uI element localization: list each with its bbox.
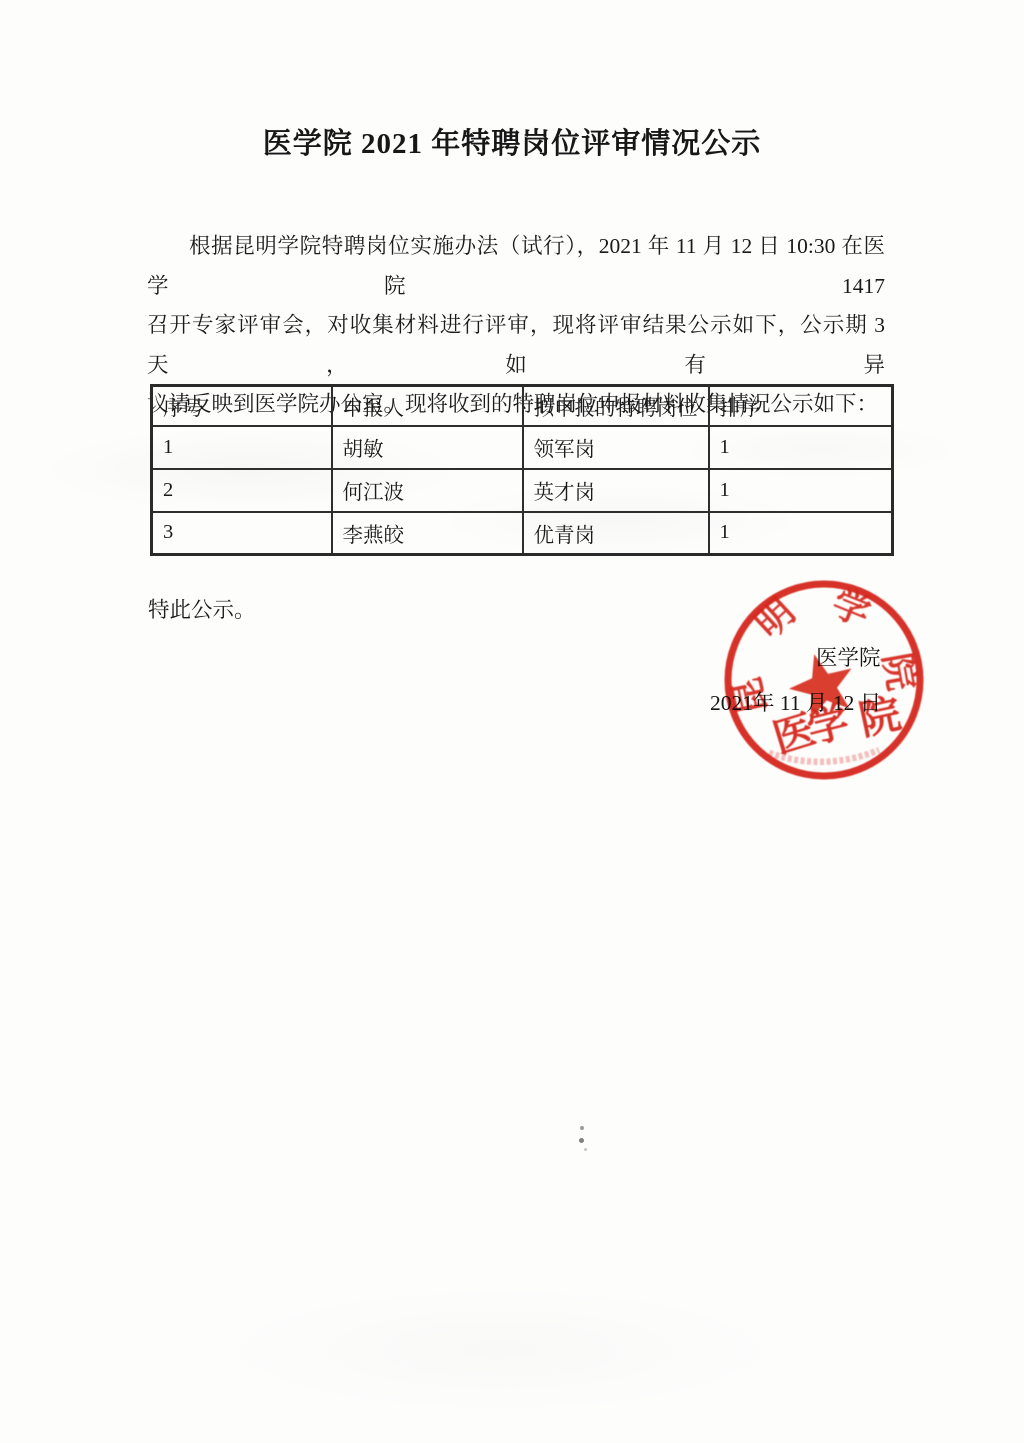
paragraph-line-2: 召开专家评审会，对收集材料进行评审，现将评审结果公示如下，公示期 3 天，如有异 <box>147 306 885 385</box>
table-row: 3 李燕皎 优青岗 1 <box>152 512 893 555</box>
official-seal: 昆 明 学 院 医 学 院 <box>714 570 934 790</box>
cell-position: 优青岗 <box>523 512 709 555</box>
table-header-row: 序号 申报人 拟申报的特聘岗位 排序 <box>152 386 893 426</box>
cell-rank: 1 <box>709 512 893 555</box>
paragraph-line-1: 根据昆明学院特聘岗位实施办法（试行），2021 年 11 月 12 日 10:3… <box>147 227 885 306</box>
table-row: 2 何江波 英才岗 1 <box>152 469 893 512</box>
seal-group: 昆 明 学 院 医 学 院 <box>726 582 922 776</box>
seal-ring-char-yuan: 院 <box>875 650 923 694</box>
closing-statement: 特此公示。 <box>148 593 256 624</box>
header-serial: 序号 <box>152 386 332 426</box>
header-position: 拟申报的特聘岗位 <box>523 386 709 426</box>
cell-serial: 2 <box>152 469 332 512</box>
cell-applicant: 胡敏 <box>332 426 523 469</box>
header-rank: 排序 <box>709 386 893 426</box>
cell-applicant: 李燕皎 <box>332 512 523 555</box>
cell-position: 英才岗 <box>523 469 709 512</box>
seal-ring-char-kun: 昆 <box>726 674 775 719</box>
cell-serial: 1 <box>152 426 332 469</box>
scanned-document-page: 医学院 2021 年特聘岗位评审情况公示 根据昆明学院特聘岗位实施办法（试行），… <box>0 0 1024 1443</box>
scan-speck <box>579 1138 584 1143</box>
seal-center-char-yuan: 院 <box>855 690 905 744</box>
applicants-table: 序号 申报人 拟申报的特聘岗位 排序 1 胡敏 领军岗 1 2 何江波 英才岗 … <box>150 384 894 556</box>
header-applicant: 申报人 <box>332 386 523 426</box>
cell-rank: 1 <box>709 426 893 469</box>
document-title: 医学院 2021 年特聘岗位评审情况公示 <box>0 121 1024 162</box>
seal-ring-char-ming: 明 <box>748 591 803 646</box>
table-row: 1 胡敏 领军岗 1 <box>152 426 893 469</box>
cell-position: 领军岗 <box>523 426 709 469</box>
scan-speck <box>580 1126 584 1130</box>
cell-applicant: 何江波 <box>332 469 523 512</box>
cell-serial: 3 <box>152 512 332 555</box>
scan-speck <box>584 1148 587 1151</box>
cell-rank: 1 <box>709 469 893 512</box>
seal-ring-char-xue: 学 <box>826 582 876 635</box>
